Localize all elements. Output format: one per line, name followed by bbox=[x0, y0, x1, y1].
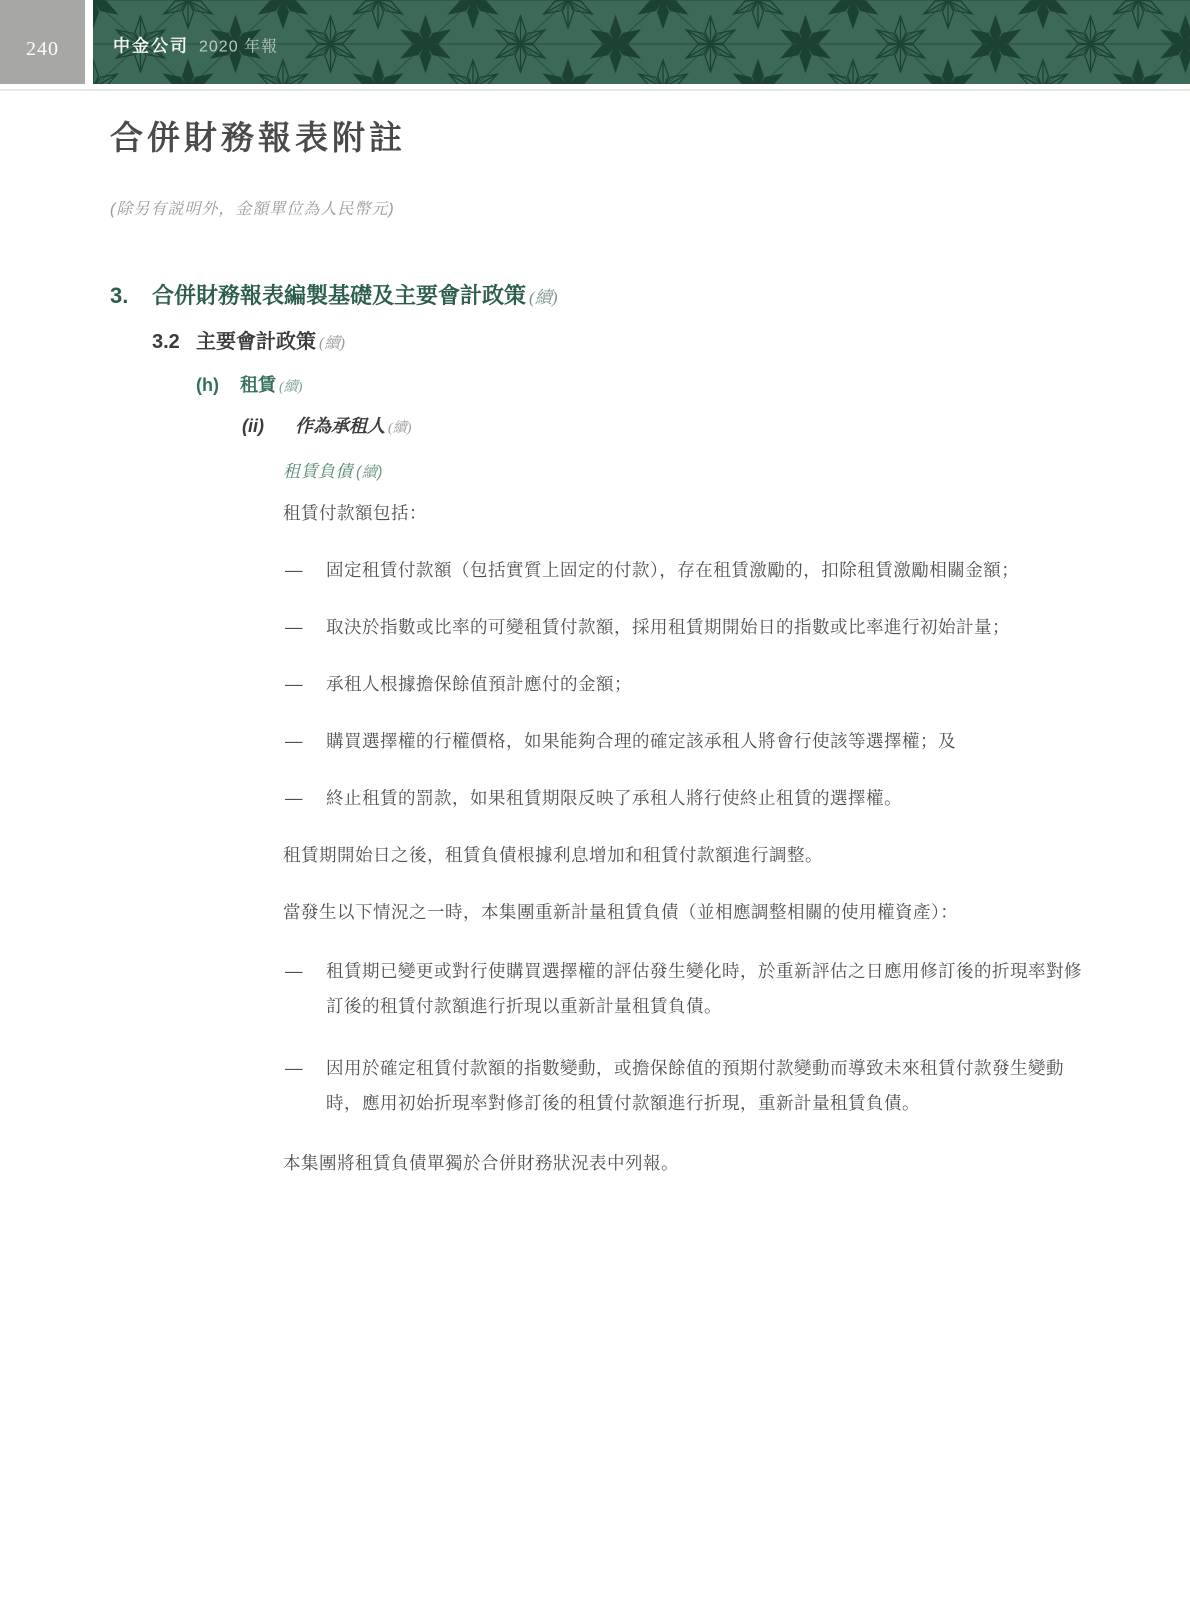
bullet-dash: — bbox=[283, 726, 326, 756]
subsection-title-wrap: 主要會計政策(續) bbox=[196, 325, 345, 354]
item-h-title-wrap: 租賃(續) bbox=[240, 371, 302, 397]
bullet-item: — 固定租賃付款額（包括實質上固定的付款），存在租賃激勵的，扣除租賃激勵相關金額… bbox=[283, 555, 1090, 585]
report-title: 2020 年報 bbox=[199, 39, 278, 56]
closing-paragraph: 本集團將租賃負債單獨於合併財務狀況表中列報。 bbox=[283, 1148, 1090, 1178]
intro-paragraph: 租賃付款額包括： bbox=[283, 498, 1090, 528]
item-ii-title-wrap: 作為承租人(續) bbox=[295, 412, 411, 438]
header-band: 中金公司2020 年報 bbox=[93, 0, 1190, 84]
item-ii-number: (ii) bbox=[242, 416, 295, 437]
bullet-text: 固定租賃付款額（包括實質上固定的付款），存在租賃激勵的，扣除租賃激勵相關金額； bbox=[326, 555, 1019, 585]
bullet-item: — 承租人根據擔保餘值預計應付的金額； bbox=[283, 669, 1090, 699]
page-number: 240 bbox=[26, 24, 59, 61]
bullet-item: — 租賃期已變更或對行使購買選擇權的評估發生變化時，於重新評估之日應用修訂後的折… bbox=[283, 954, 1090, 1024]
bullet-text: 終止租賃的罰款，如果租賃期限反映了承租人將行使終止租賃的選擇權。 bbox=[326, 783, 902, 813]
bullet-item: — 終止租賃的罰款，如果租賃期限反映了承租人將行使終止租賃的選擇權。 bbox=[283, 783, 1090, 813]
continued-marker: (續) bbox=[529, 288, 558, 307]
bullet-text: 因用於確定租賃付款額的指數變動，或擔保餘值的預期付款變動而導致未來租賃付款發生變… bbox=[326, 1051, 1086, 1121]
page-content: 合併財務報表附註 (除另有説明外，金額單位為人民幣元) 3. 合併財務報表編製基… bbox=[0, 112, 1190, 1178]
continued-marker: (續) bbox=[356, 464, 383, 481]
bullet-dash: — bbox=[283, 783, 326, 813]
bullet-dash: — bbox=[283, 954, 326, 1024]
subsection-title: 主要會計政策 bbox=[196, 331, 316, 353]
bullet-text: 承租人根據擔保餘值預計應付的金額； bbox=[326, 669, 632, 699]
continued-marker: (續) bbox=[319, 335, 345, 352]
band-text: 中金公司2020 年報 bbox=[113, 32, 278, 57]
section-3-heading: 3. 合併財務報表編製基礎及主要會計政策(續) bbox=[110, 279, 1090, 310]
item-h-title: 租賃 bbox=[240, 375, 276, 395]
header-rule bbox=[0, 89, 1190, 91]
page-number-box: 240 bbox=[0, 0, 85, 84]
bullet-text: 購買選擇權的行權價格，如果能夠合理的確定該承租人將會行使該等選擇權；及 bbox=[326, 726, 956, 756]
bullet-dash: — bbox=[283, 1051, 326, 1121]
bullet-text: 取決於指數或比率的可變租賃付款額，採用租賃期開始日的指數或比率進行初始計量； bbox=[326, 612, 1010, 642]
bullet-dash: — bbox=[283, 612, 326, 642]
subheading-title: 租賃負債 bbox=[283, 462, 353, 481]
continued-marker: (續) bbox=[279, 379, 302, 395]
subsection-number: 3.2 bbox=[152, 331, 196, 354]
item-ii-title: 作為承租人 bbox=[295, 416, 385, 436]
continued-marker: (續) bbox=[388, 420, 411, 436]
bullet-item: — 購買選擇權的行權價格，如果能夠合理的確定該承租人將會行使該等選擇權；及 bbox=[283, 726, 1090, 756]
paragraph: 當發生以下情況之一時，本集團重新計量租賃負債（並相應調整相關的使用權資產）： bbox=[283, 897, 1090, 927]
item-h-number: (h) bbox=[196, 375, 240, 396]
bullet-item: — 因用於確定租賃付款額的指數變動，或擔保餘值的預期付款變動而導致未來租賃付款發… bbox=[283, 1051, 1090, 1121]
bullet-text: 租賃期已變更或對行使購買選擇權的評估發生變化時，於重新評估之日應用修訂後的折現率… bbox=[326, 954, 1086, 1024]
item-ii-heading: (ii) 作為承租人(續) bbox=[242, 412, 1090, 438]
item-h-heading: (h) 租賃(續) bbox=[196, 371, 1090, 397]
company-name: 中金公司 bbox=[113, 37, 189, 56]
report-page: 240 bbox=[0, 0, 1190, 1615]
section-title: 合併財務報表編製基礎及主要會計政策 bbox=[152, 283, 526, 308]
bullet-dash: — bbox=[283, 555, 326, 585]
document-title: 合併財務報表附註 bbox=[110, 112, 1090, 159]
paragraph: 租賃期開始日之後，租賃負債根據利息增加和租賃付款額進行調整。 bbox=[283, 840, 1090, 870]
section-number: 3. bbox=[110, 283, 152, 309]
section-title-wrap: 合併財務報表編製基礎及主要會計政策(續) bbox=[152, 279, 558, 310]
lease-liability-subheading: 租賃負債(續) bbox=[283, 457, 1090, 482]
page-header: 240 bbox=[0, 0, 1190, 84]
header-gap bbox=[85, 0, 93, 84]
bullet-item: — 取決於指數或比率的可變租賃付款額，採用租賃期開始日的指數或比率進行初始計量； bbox=[283, 612, 1090, 642]
subsection-3-2-heading: 3.2 主要會計政策(續) bbox=[152, 325, 1090, 354]
bullet-dash: — bbox=[283, 669, 326, 699]
currency-note: (除另有説明外，金額單位為人民幣元) bbox=[110, 196, 1090, 219]
